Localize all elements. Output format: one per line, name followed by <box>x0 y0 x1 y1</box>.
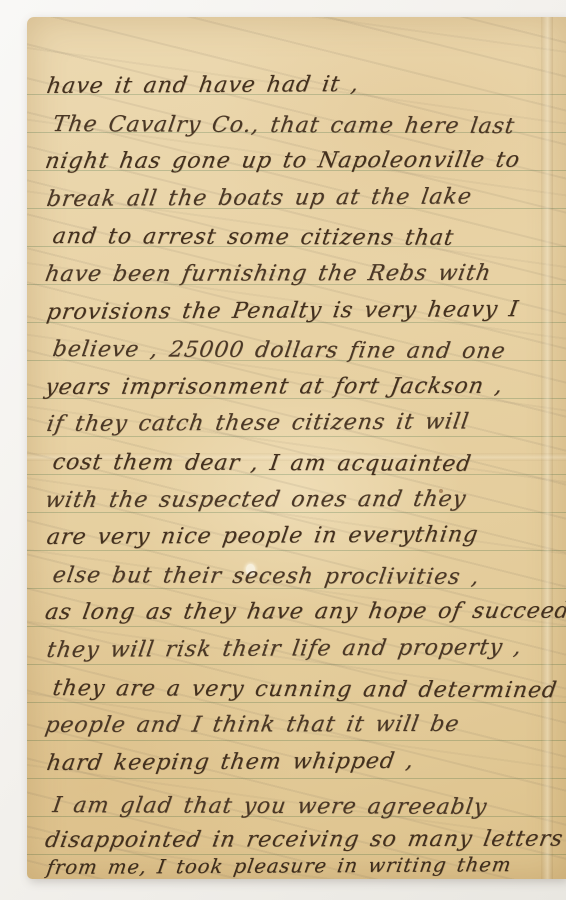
letter-line: years imprisonment at fort Jackson , <box>42 367 566 406</box>
letter-line: provisions the Penalty is very heavy I <box>44 290 566 331</box>
letter-line: from me, I took pleasure in writing them <box>44 846 566 887</box>
letter-page: have it and have had it , The Cavalry Co… <box>27 17 566 879</box>
scan-background: have it and have had it , The Cavalry Co… <box>0 0 566 900</box>
letter-line: as long as they have any hope of succeed… <box>42 593 566 632</box>
letter-line: people and I think that it will be <box>42 706 566 745</box>
letter-line: believe , 25000 dollars fine and one <box>50 331 566 371</box>
letter-body: have it and have had it , The Cavalry Co… <box>41 68 559 887</box>
letter-line: have been furnishing the Rebs with <box>42 255 566 294</box>
letter-line: they are a very cunning and determined <box>50 670 566 710</box>
letter-line: break all the boats up at the lake <box>44 178 566 219</box>
letter-line: and to arrest some citizens that <box>50 218 566 258</box>
letter-line: with the suspected ones and they <box>42 480 566 519</box>
letter-line: else but their secesh proclivities , <box>50 557 566 597</box>
letter-line: have it and have had it , <box>44 65 566 106</box>
letter-line: hard keeping them whipped , <box>44 742 566 783</box>
letter-line: cost them dear , I am acquainted <box>50 444 566 484</box>
letter-line: night has gone up to Napoleonville to <box>42 142 566 181</box>
letter-line: are very nice people in everything <box>44 516 566 557</box>
letter-line: if they catch these citizens it will <box>44 403 566 444</box>
letter-line: they will risk their life and property , <box>44 629 566 670</box>
letter-line: The Cavalry Co., that came here last <box>50 106 566 146</box>
